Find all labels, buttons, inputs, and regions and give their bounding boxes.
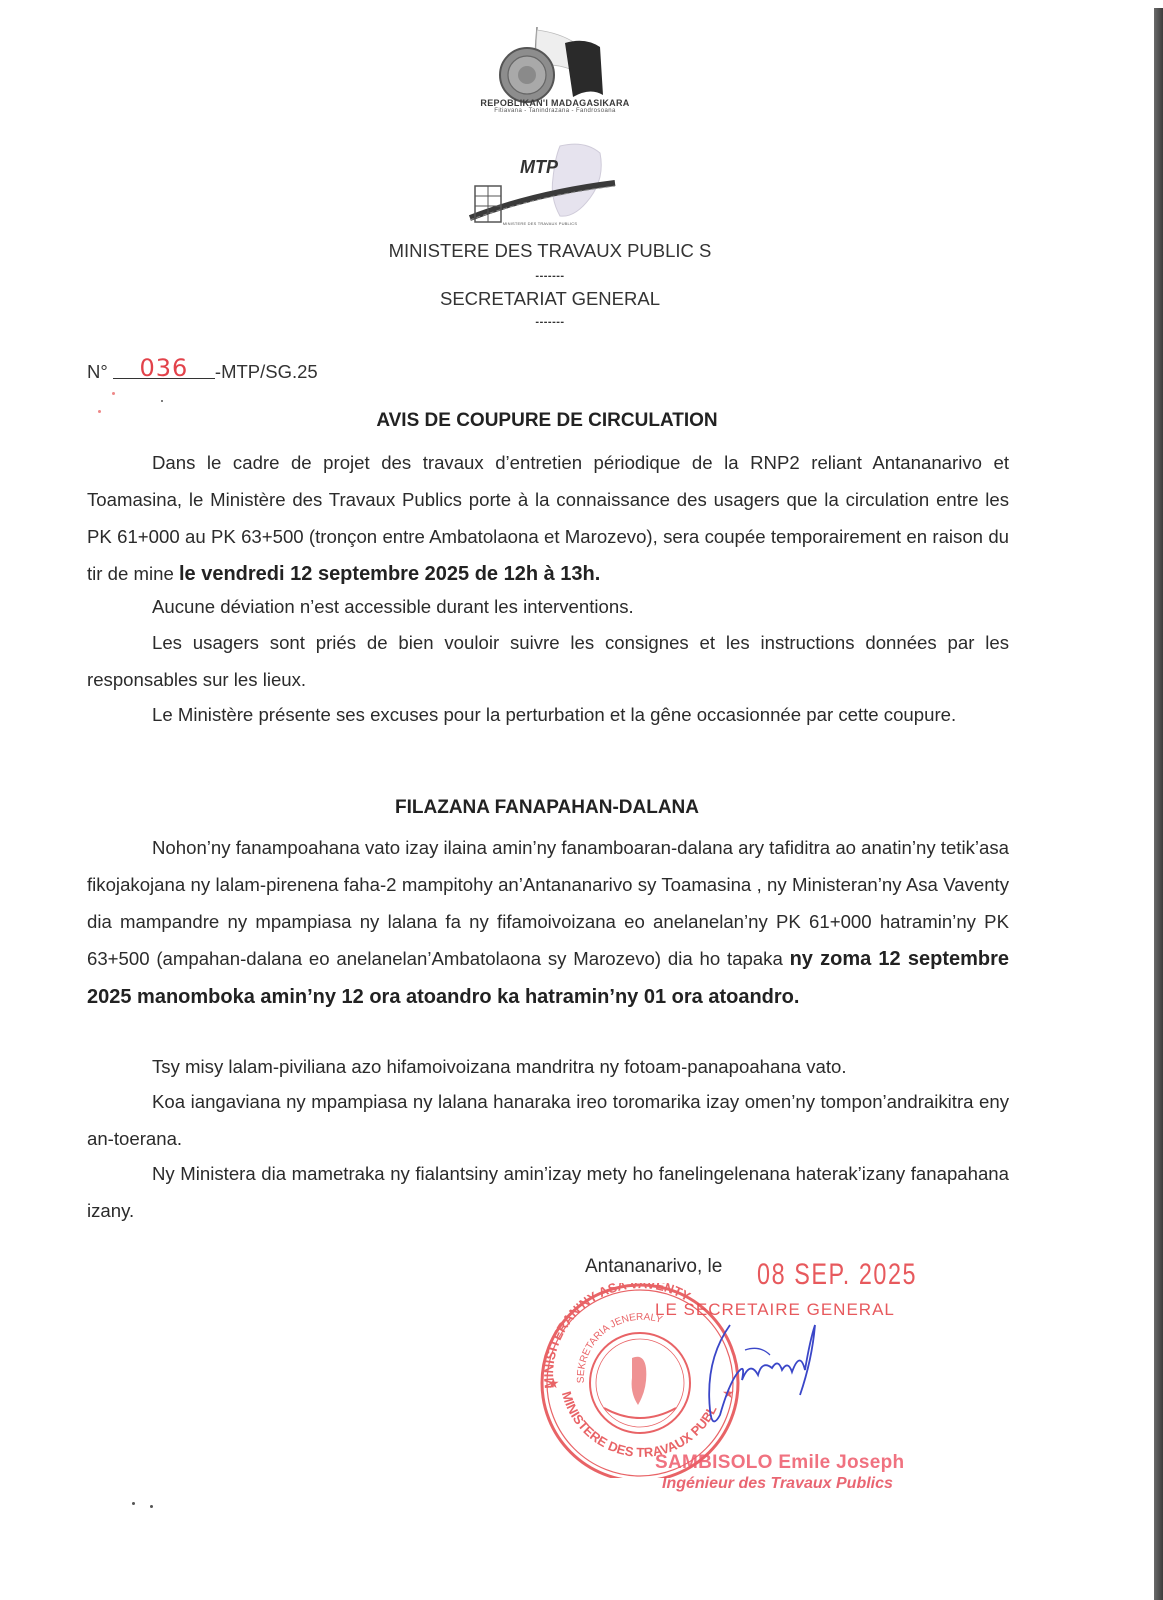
signer-role: Ingénieur des Travaux Publics [662, 1475, 893, 1493]
ministry-name: MINISTERE DES TRAVAUX PUBLIC S [300, 240, 800, 262]
french-paragraph-4: Le Ministère présente ses excuses pour l… [87, 696, 1009, 733]
mtp-logo-caption: MINISTERE DES TRAVAUX PUBLICS [470, 221, 610, 226]
french-closure-datetime: le vendredi 12 septembre 2025 de 12h à 1… [179, 563, 600, 585]
svg-text:SEKRETARIA JENERALY: SEKRETARIA JENERALY [576, 1312, 664, 1384]
department-name: SECRETARIAT GENERAL [300, 288, 800, 310]
svg-text:★: ★ [547, 1375, 560, 1391]
svg-text:MTP: MTP [520, 157, 559, 177]
signer-title: LE SECRETAIRE GENERAL [655, 1300, 895, 1320]
french-notice-title: AVIS DE COUPURE DE CIRCULATION [87, 410, 1007, 432]
svg-text:MINISITERAN'NY ASA VAVENTY: MINISITERAN'NY ASA VAVENTY [541, 1283, 693, 1389]
reference-suffix: -MTP/SG.25 [215, 361, 318, 382]
reference-number: N° 036-MTP/SG.25 [87, 358, 318, 383]
malagasy-paragraph-1: Nohon’ny fanampoahana vato izay ilaina a… [87, 829, 1009, 1016]
malagasy-paragraph-2: Tsy misy lalam-piviliana azo hifamoivoiz… [87, 1048, 1009, 1085]
header-separator: ------- [300, 270, 800, 282]
handwritten-signature-icon [700, 1320, 830, 1450]
malagasy-paragraph-4: Ny Ministera dia mametraka ny fialantsin… [87, 1155, 1009, 1229]
mtp-logo-icon: MTP [465, 138, 625, 228]
header-separator: ------- [300, 316, 800, 328]
scan-edge-shadow [1154, 8, 1163, 1600]
signature-place: Antananarivo, le [585, 1256, 722, 1278]
malagasy-notice-title: FILAZANA FANAPAHAN-DALANA [87, 797, 1007, 819]
date-stamp: 08 SEP. 2025 [757, 1258, 917, 1292]
republic-name: REPOBLIKAN'I MADAGASIKARA [430, 98, 680, 108]
handwritten-number: 036 [113, 358, 215, 379]
french-paragraph-1: Dans le cadre de projet des travaux d’en… [87, 444, 1009, 593]
signer-name: SAMBISOLO Emile Joseph [655, 1452, 904, 1474]
reference-prefix: N° [87, 361, 108, 382]
french-paragraph-3: Les usagers sont priés de bien vouloir s… [87, 624, 1009, 698]
republic-motto: Fitiavana - Tanindrazana - Fandrosoana [430, 108, 680, 114]
french-paragraph-2: Aucune déviation n’est accessible durant… [87, 588, 1009, 625]
malagasy-paragraph-3: Koa iangaviana ny mpampiasa ny lalana ha… [87, 1083, 1009, 1157]
